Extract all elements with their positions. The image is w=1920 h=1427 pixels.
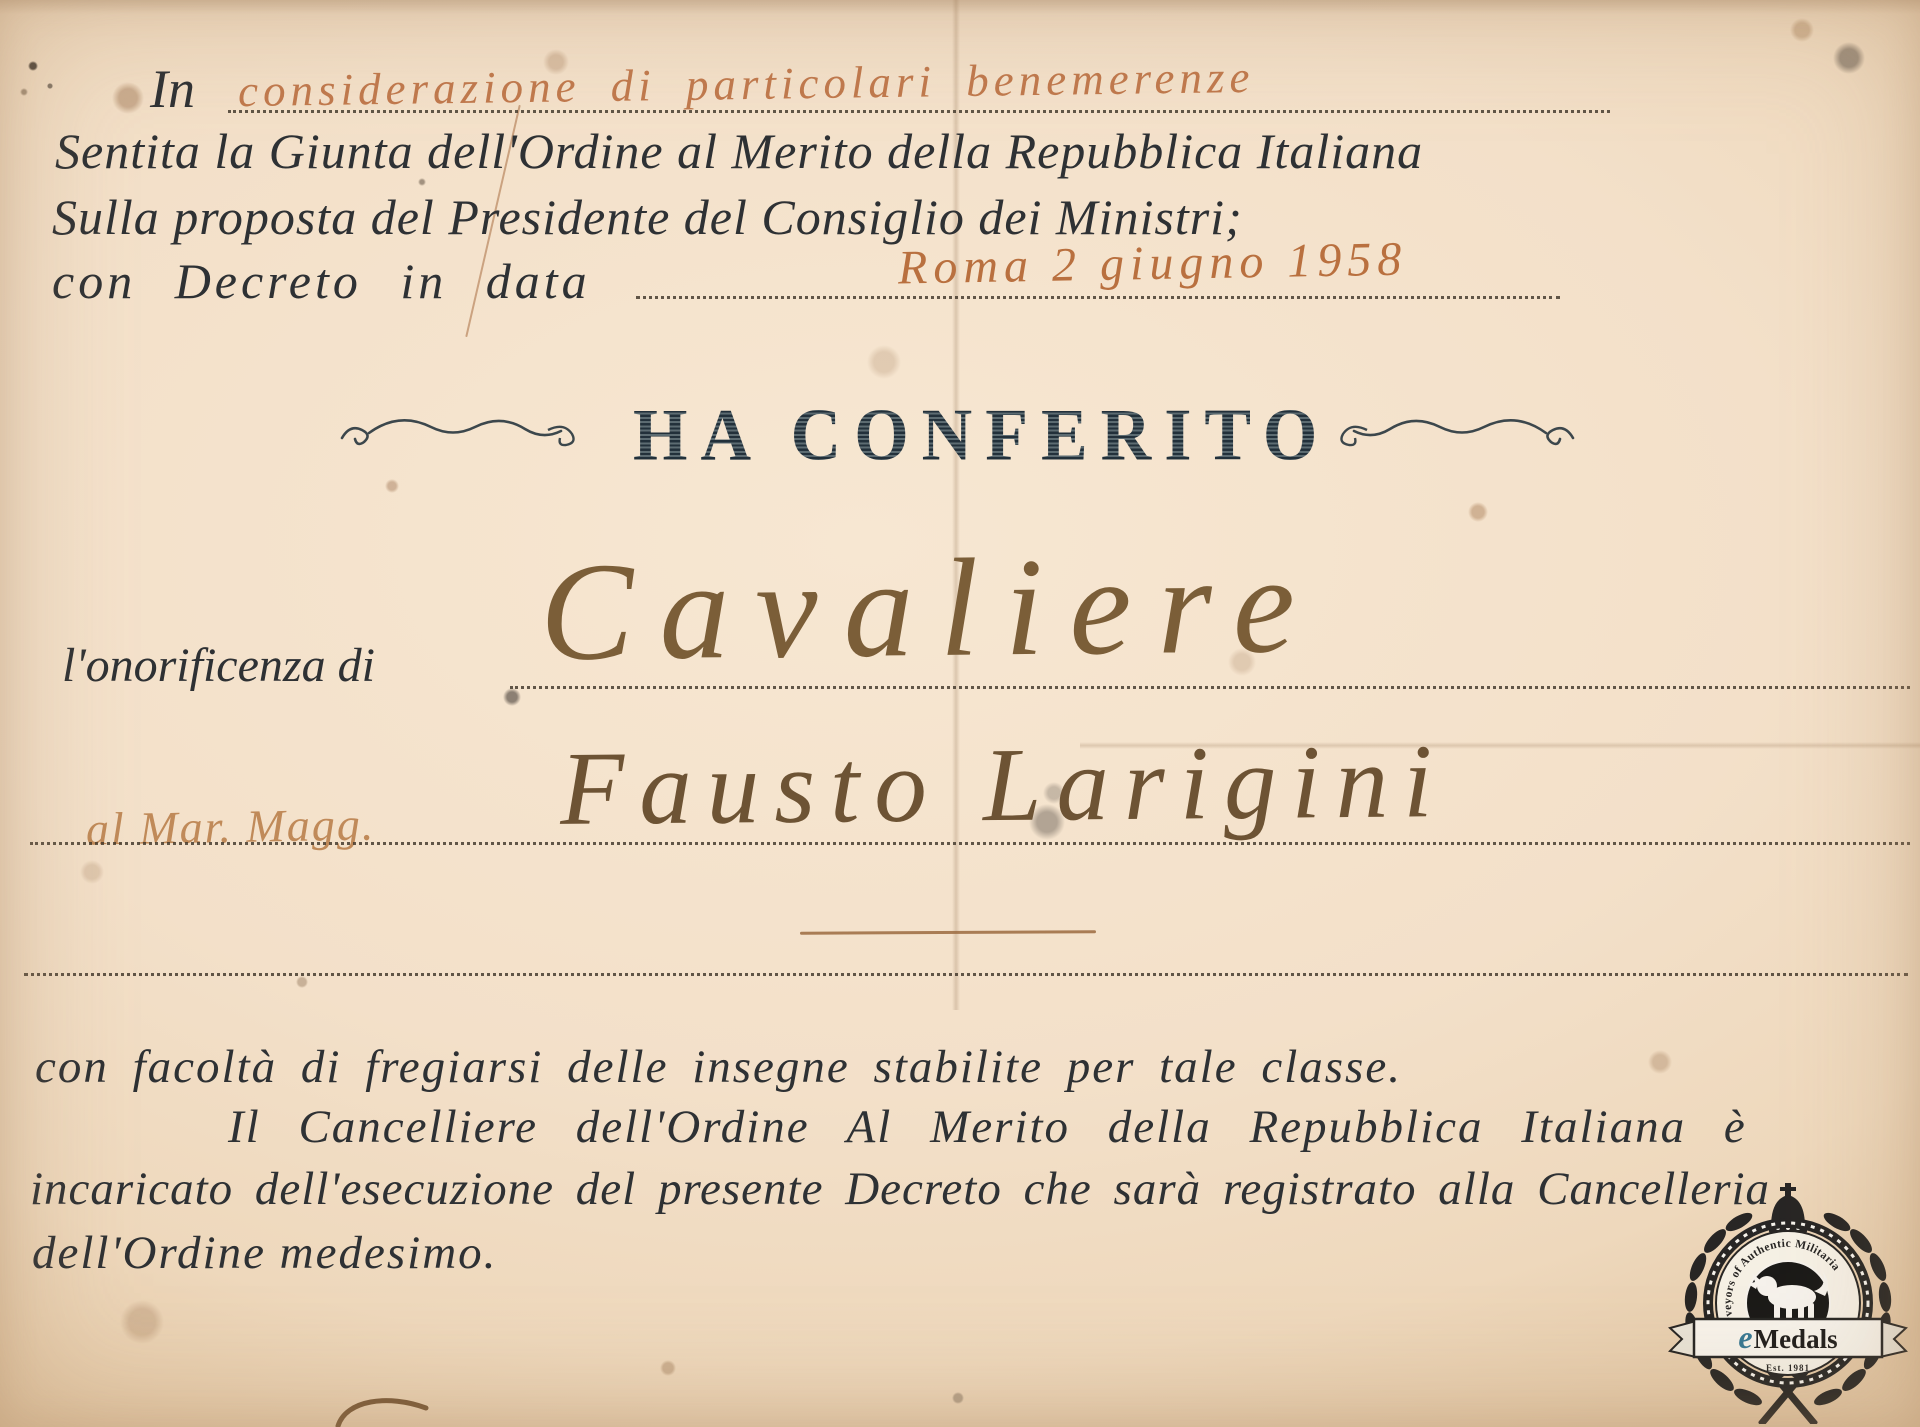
hand-drawn-rule (800, 930, 1096, 935)
recipient-dotted-rule (30, 842, 1910, 845)
brand-e: e (1738, 1319, 1752, 1355)
line1-dotted-rule (228, 110, 1610, 113)
honor-dotted-rule (510, 686, 1910, 689)
honor-printed: l'onorificenza di (62, 638, 375, 693)
title-flourish-right (1337, 412, 1579, 456)
line4-dotted-rule (636, 296, 1560, 299)
svg-text:eMedals: eMedals (1738, 1319, 1837, 1355)
recipient-name-handwritten: Fausto Larigini (559, 720, 1447, 849)
cropped-flourish (330, 1392, 440, 1427)
line1-handwritten: considerazione di particolari benemerenz… (238, 51, 1255, 117)
closing-line1: con facoltà di fregiarsi delle insegne s… (35, 1040, 1402, 1094)
mid-dotted-rule (24, 973, 1908, 976)
line4-printed: con Decreto in data (52, 252, 591, 310)
page-title: HA CONFERITO (633, 394, 1330, 479)
line1-printed: In (150, 58, 195, 120)
brand-banner: eMedals (1670, 1319, 1906, 1357)
watermark-established: Est. 1981 (1766, 1363, 1810, 1373)
honor-handwritten: Cavaliere (539, 524, 1322, 693)
emedals-watermark: Purveyors of Authentic Militaria eMedals… (1668, 1178, 1908, 1424)
closing-line3: incaricato dell'esecuzione del presente … (30, 1162, 1770, 1216)
brand-rest: Medals (1754, 1324, 1838, 1354)
line2-printed: Sentita la Giunta dell'Ordine al Merito … (55, 122, 1423, 180)
closing-line4: dell'Ordine medesimo. (32, 1226, 497, 1280)
recipient-prefix-handwritten: al Mar. Magg. (86, 797, 376, 855)
line4-handwritten-date: Roma 2 giugno 1958 (898, 232, 1408, 296)
closing-line2: Il Cancelliere dell'Ordine Al Merito del… (228, 1100, 1747, 1154)
title-flourish-left (336, 412, 578, 456)
